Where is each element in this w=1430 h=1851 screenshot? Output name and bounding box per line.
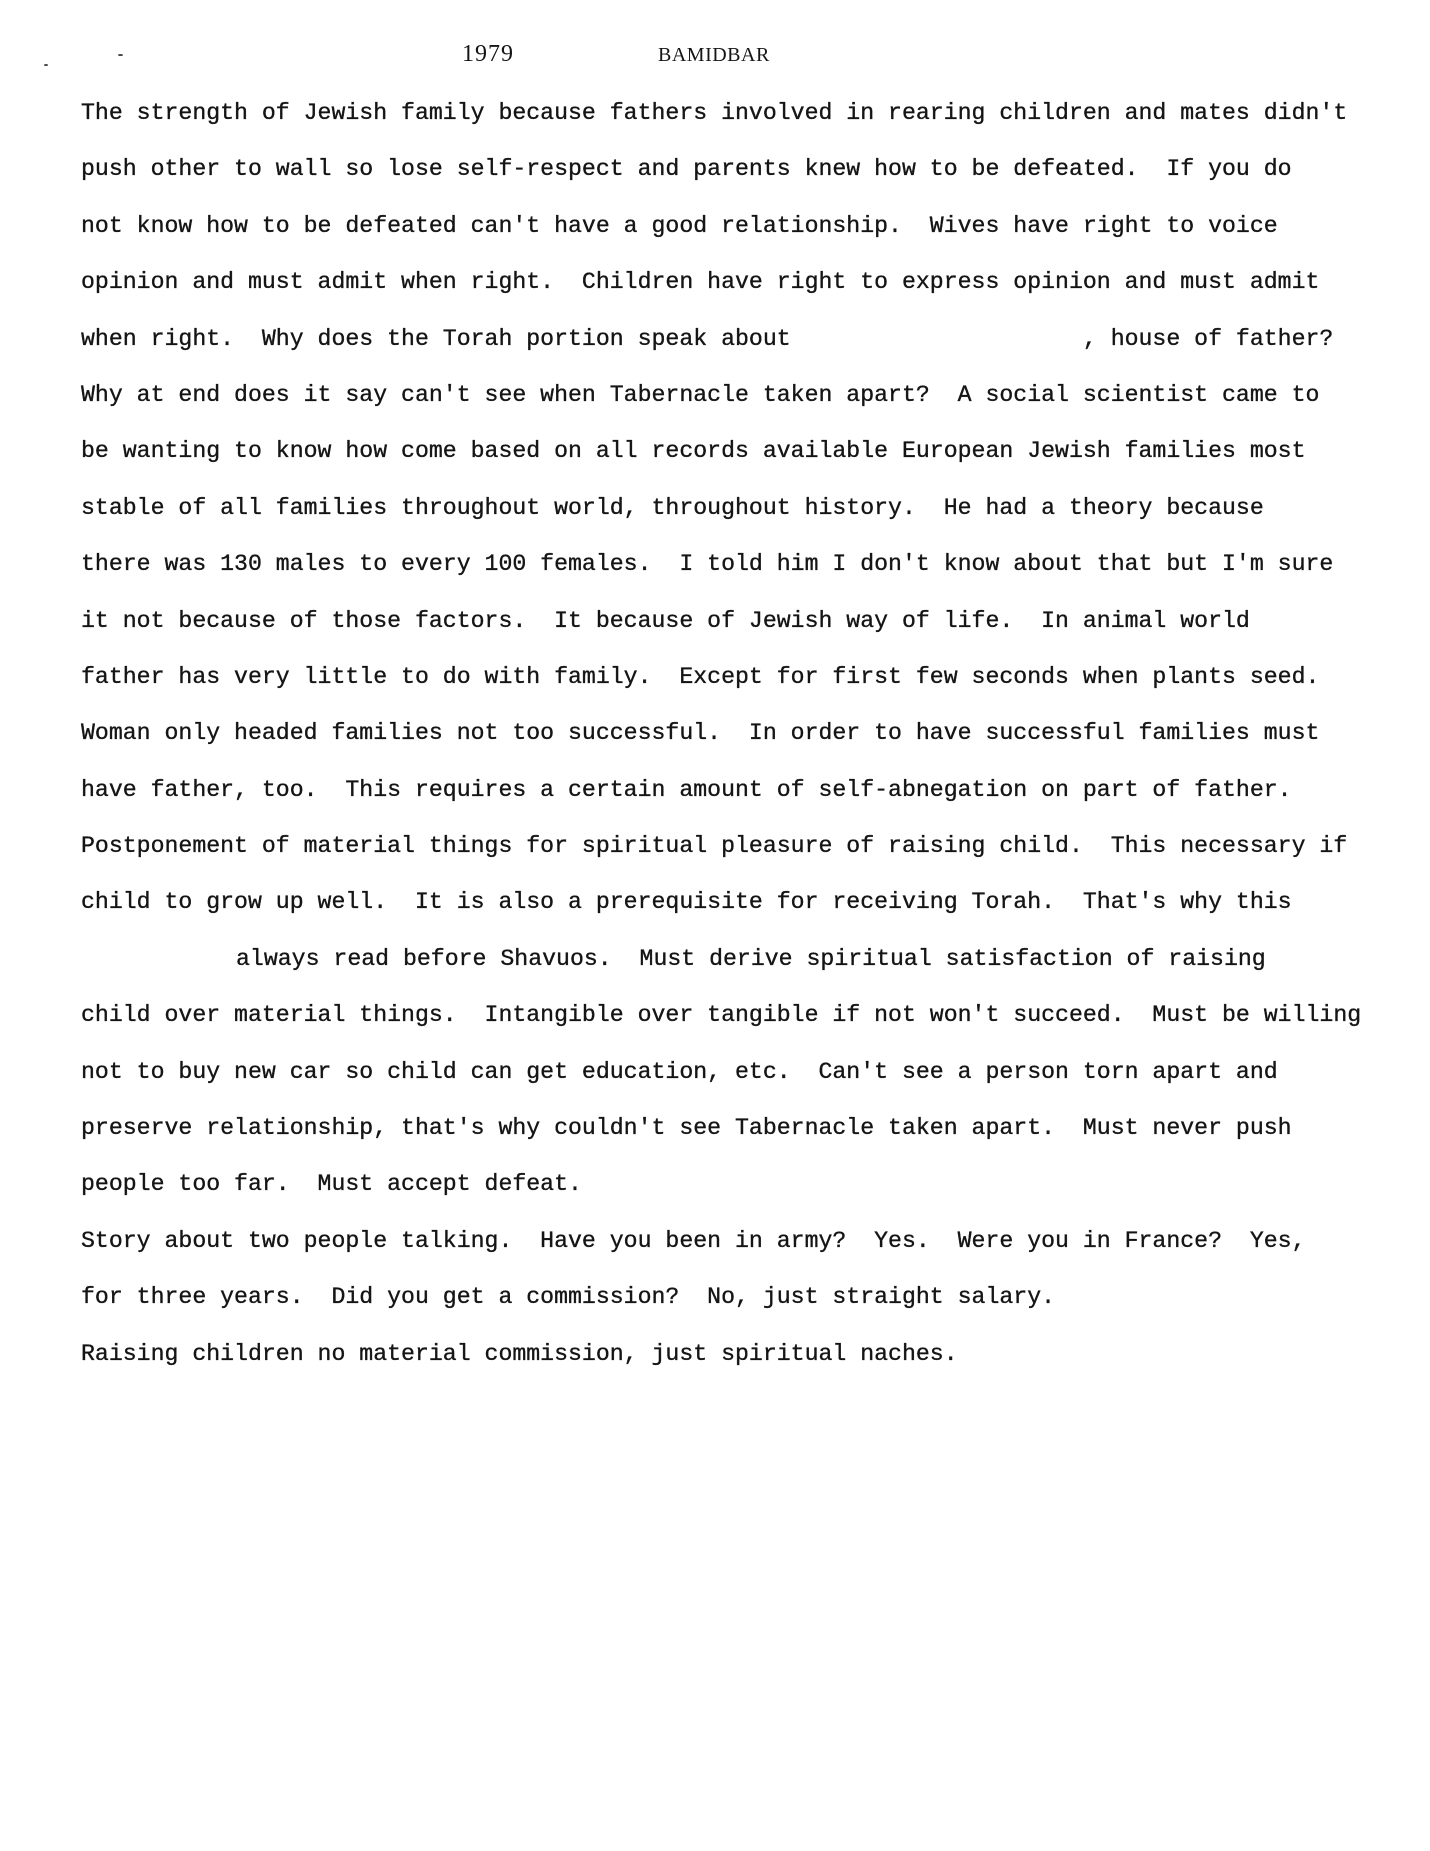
text-line: people too far. Must accept defeat. (81, 1170, 1401, 1226)
text-line: not to buy new car so child can get educ… (81, 1058, 1401, 1114)
text-line: Woman only headed families not too succe… (81, 719, 1401, 775)
text-line: The strength of Jewish family because fa… (81, 99, 1401, 155)
text-line: there was 130 males to every 100 females… (81, 550, 1401, 606)
scan-artifact-mark (118, 54, 123, 56)
text-line: opinion and must admit when right. Child… (81, 268, 1401, 324)
text-line: child to grow up well. It is also a prer… (81, 888, 1401, 944)
text-line: have father, too. This requires a certai… (81, 776, 1401, 832)
text-line: when right. Why does the Torah portion s… (81, 325, 1401, 381)
text-line: Why at end does it say can't see when Ta… (81, 381, 1401, 437)
document-page: 1979 BAMIDBAR The strength of Jewish fam… (0, 0, 1430, 1851)
scan-artifact-mark (44, 64, 48, 66)
text-line: not know how to be defeated can't have a… (81, 212, 1401, 268)
text-line: preserve relationship, that's why couldn… (81, 1114, 1401, 1170)
text-line: stable of all families throughout world,… (81, 494, 1401, 550)
text-line: it not because of those factors. It beca… (81, 607, 1401, 663)
text-line: child over material things. Intangible o… (81, 1001, 1401, 1057)
text-line-indented: always read before Shavuos. Must derive … (81, 945, 1401, 1001)
text-line: Postponement of material things for spir… (81, 832, 1401, 888)
text-line: be wanting to know how come based on all… (81, 437, 1401, 493)
text-line: Raising children no material commission,… (81, 1340, 1401, 1396)
header-year: 1979 (462, 40, 514, 68)
header-title: BAMIDBAR (658, 42, 770, 68)
text-line: Story about two people talking. Have you… (81, 1227, 1401, 1283)
text-line: father has very little to do with family… (81, 663, 1401, 719)
text-line: push other to wall so lose self-respect … (81, 155, 1401, 211)
body-text: The strength of Jewish family because fa… (81, 99, 1401, 1396)
text-line: for three years. Did you get a commissio… (81, 1283, 1401, 1339)
